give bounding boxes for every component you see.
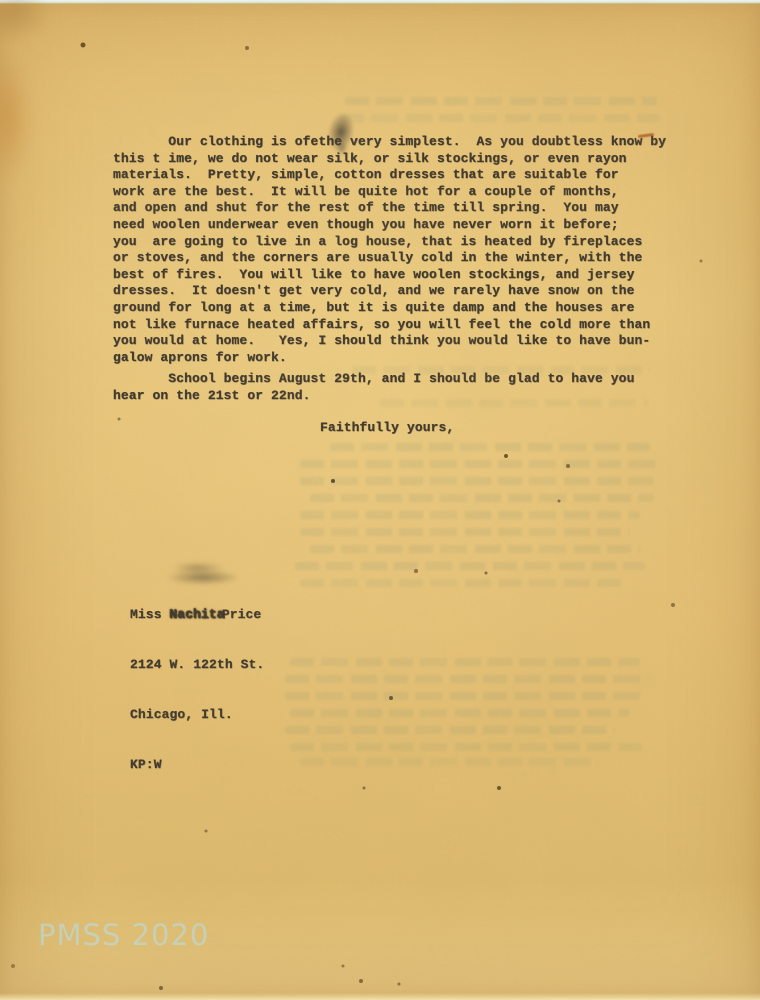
letter-scan-page: Our clothing is ofethe very simplest. As… bbox=[0, 0, 760, 1000]
ghost-text-bleedthrough bbox=[300, 477, 654, 485]
ghost-text-bleedthrough bbox=[340, 114, 660, 122]
name-ink-smudge-upper bbox=[172, 562, 224, 574]
ghost-text-bleedthrough bbox=[285, 726, 615, 734]
ghost-text-bleedthrough bbox=[300, 511, 640, 519]
ghost-text-bleedthrough bbox=[290, 658, 640, 666]
recipient-street: 2124 W. 122th St. bbox=[130, 657, 264, 674]
ghost-text-bleedthrough bbox=[310, 494, 654, 502]
paper-stain-left bbox=[0, 52, 34, 182]
ghost-text-bleedthrough bbox=[300, 528, 630, 536]
recipient-city: Chicago, Ill. bbox=[130, 707, 264, 724]
ghost-text-bleedthrough bbox=[310, 545, 640, 553]
ghost-text-bleedthrough bbox=[300, 460, 658, 468]
paper-stain-corner bbox=[0, 0, 50, 42]
scan-edge-top bbox=[0, 0, 760, 4]
ghost-text-bleedthrough bbox=[285, 692, 643, 700]
ghost-text-bleedthrough bbox=[300, 579, 628, 587]
scan-edge-bottom bbox=[0, 993, 760, 1000]
recipient-title: Miss bbox=[130, 607, 170, 622]
recipient-name-overstruck: Nachita bbox=[170, 607, 225, 624]
letter-paragraph-1: Our clothing is ofethe very simplest. As… bbox=[113, 134, 666, 366]
recipient-block: Miss NachitaPrice 2124 W. 122th St. Chic… bbox=[130, 574, 264, 806]
archive-watermark: PMSS 2020 bbox=[38, 918, 209, 952]
recipient-surname: Price bbox=[222, 607, 262, 622]
foxing-specks bbox=[0, 0, 2, 2]
ghost-text-bleedthrough bbox=[290, 709, 630, 717]
ghost-text-bleedthrough bbox=[330, 443, 650, 451]
letter-closing: Faithfully yours, bbox=[320, 420, 454, 437]
recipient-name-line: Miss NachitaPrice bbox=[130, 607, 264, 624]
ghost-text-bleedthrough bbox=[285, 675, 649, 683]
ghost-text-bleedthrough bbox=[345, 97, 657, 105]
ghost-text-bleedthrough bbox=[300, 758, 598, 766]
ghost-text-bleedthrough bbox=[295, 562, 645, 570]
ghost-text-bleedthrough bbox=[290, 743, 642, 751]
letter-paragraph-2: School begins August 29th, and I should … bbox=[113, 371, 634, 404]
typist-initials: KP:W bbox=[130, 757, 264, 774]
